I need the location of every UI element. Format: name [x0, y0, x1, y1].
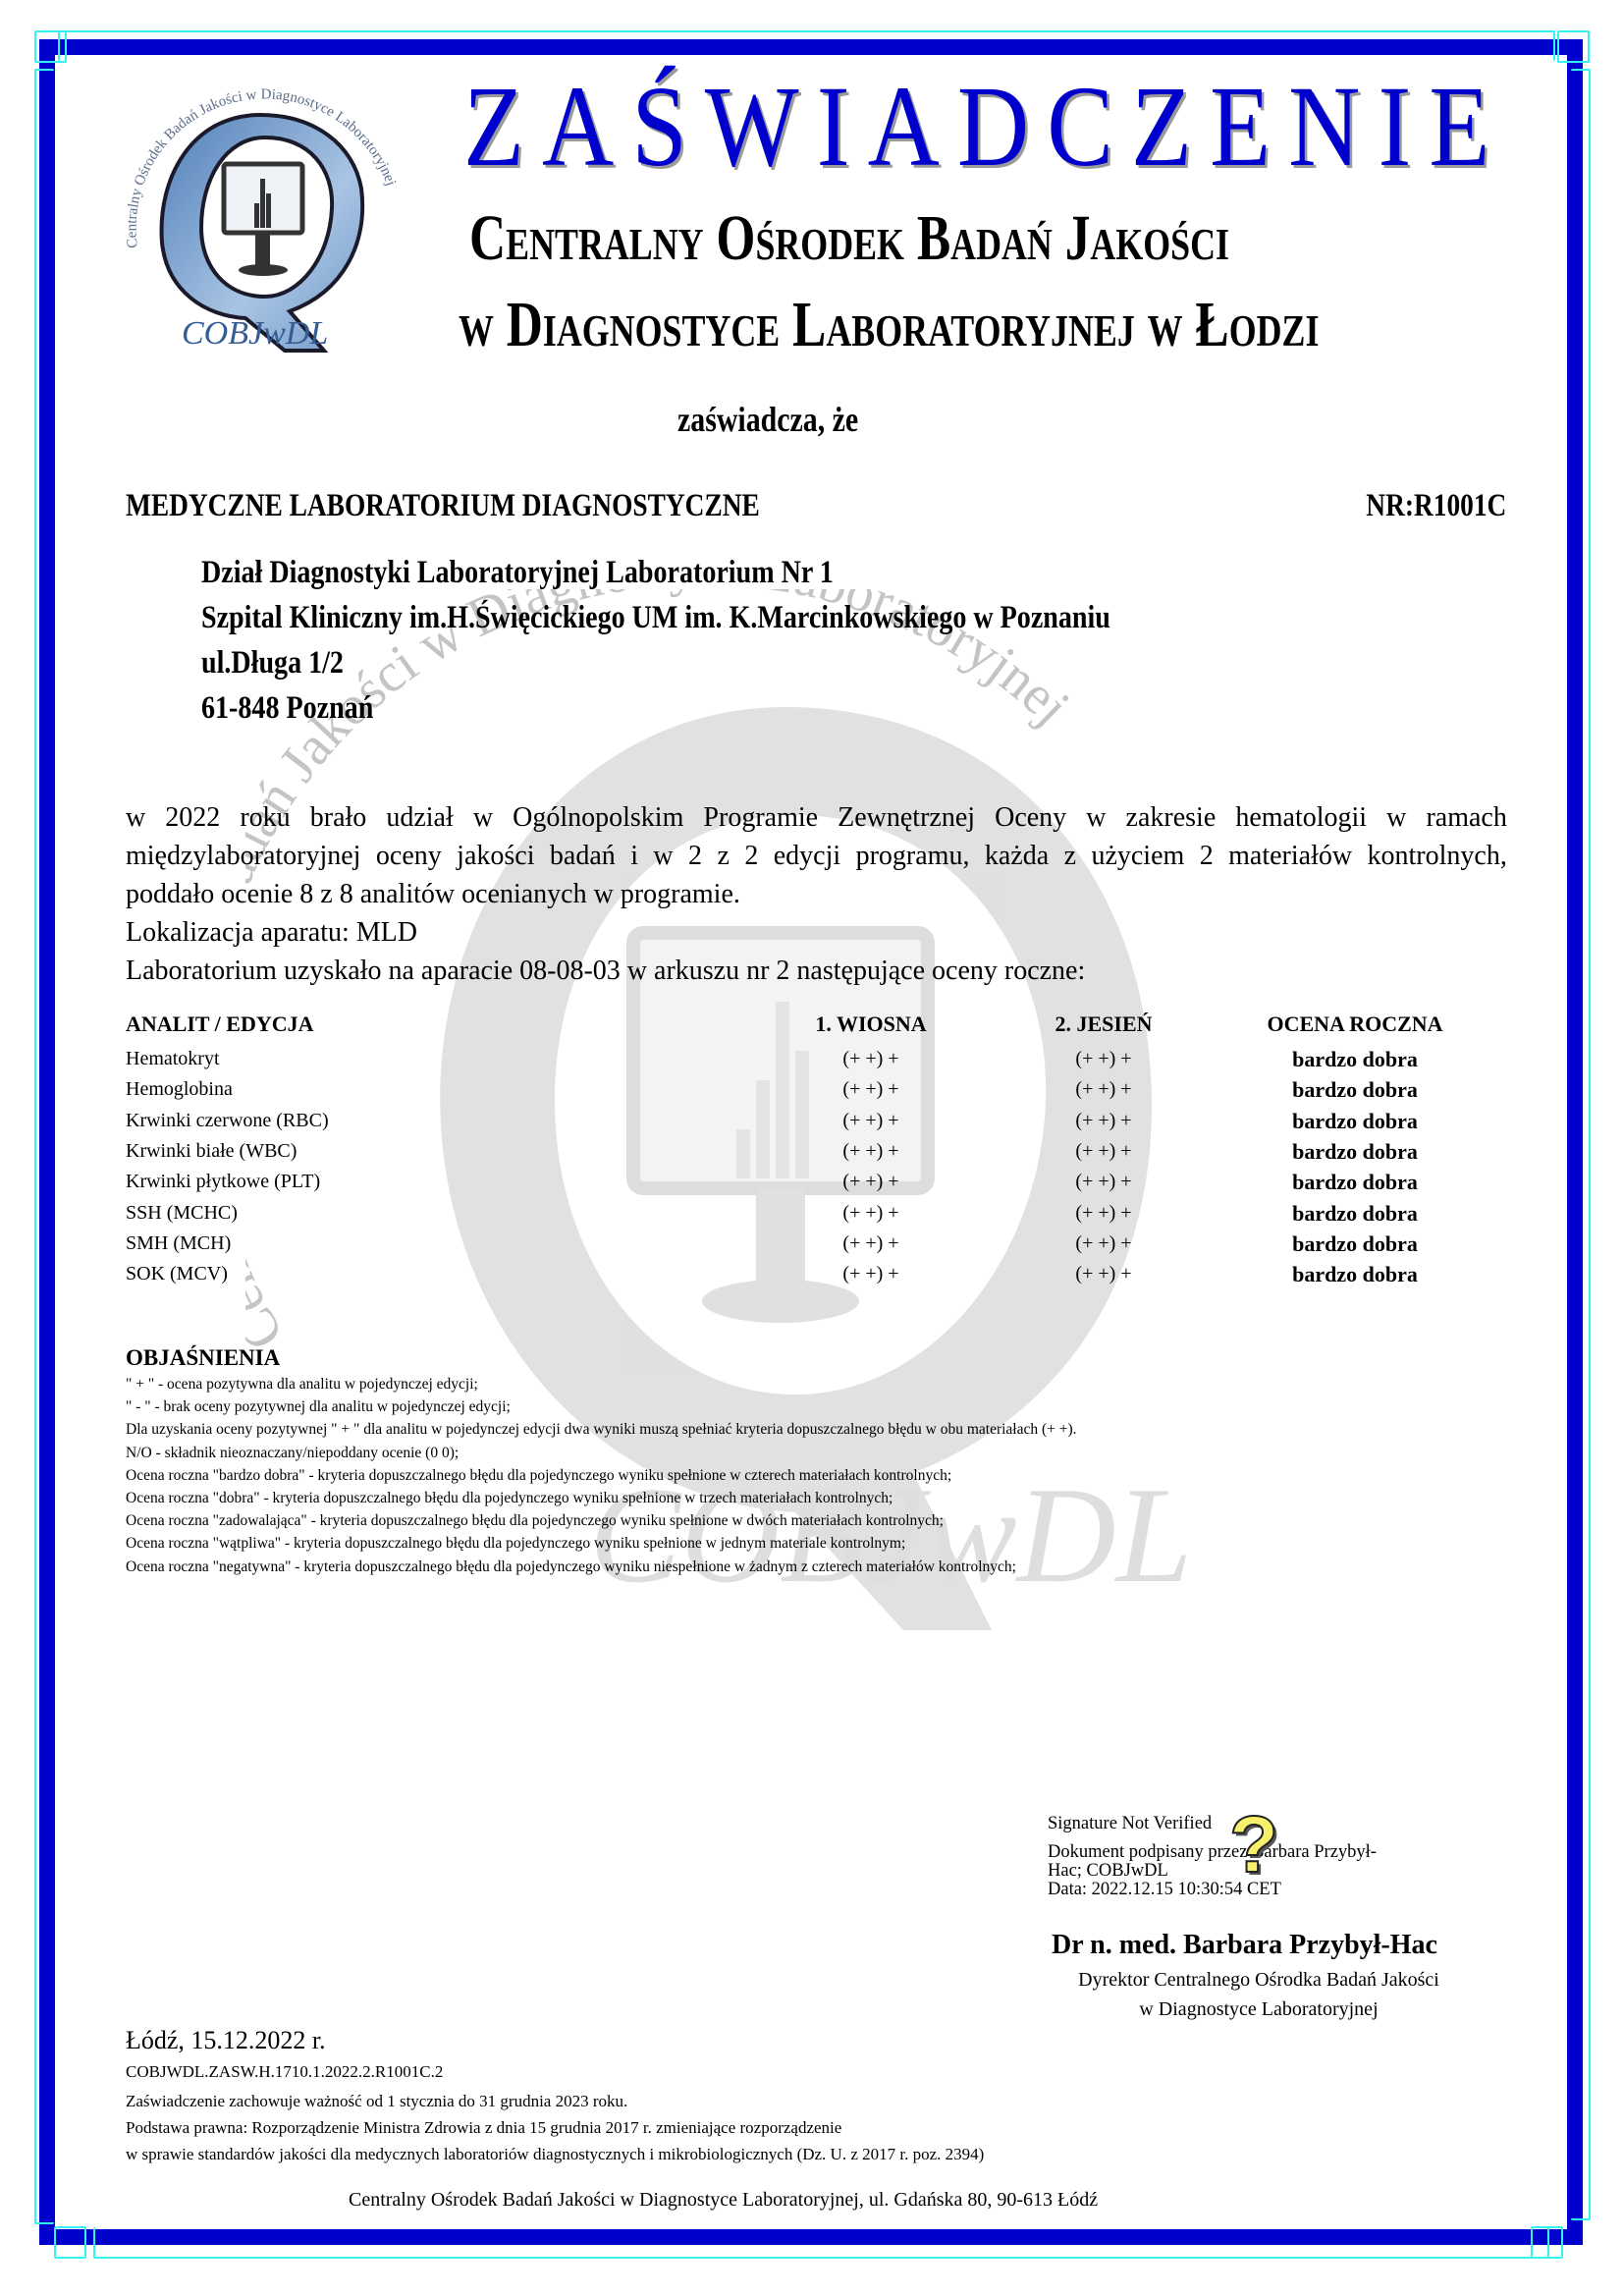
col-header-spring: 1. WIOSNA — [815, 1011, 926, 1037]
body-line: Lokalizacja aparatu: MLD — [126, 917, 1507, 949]
spring-score-cell: (+ +) + — [842, 1202, 898, 1225]
body-word: w — [653, 841, 673, 872]
question-mark-icon[interactable]: ? — [1229, 1805, 1278, 1886]
legend-line: " + " - ocena pozytywna dla analitu w po… — [126, 1376, 478, 1394]
body-word: z — [1064, 841, 1076, 872]
issuer-name-line2: w Diagnostyce Laboratoryjnej w Łodzi — [459, 293, 1319, 357]
body-word: zakresie — [1126, 802, 1217, 834]
autumn-score-cell: (+ +) + — [1075, 1048, 1131, 1070]
page-frame-cyan-top — [58, 30, 1555, 61]
body-word: w — [1086, 802, 1106, 834]
laboratory-number: NR:R1001C — [1366, 488, 1506, 524]
spring-score-cell: (+ +) + — [842, 1048, 898, 1070]
place-and-date: Łódź, 15.12.2022 r. — [126, 2026, 326, 2055]
annual-grade-cell: bardzo dobra — [1292, 1201, 1418, 1227]
legend-line: Ocena roczna "negatywna" - kryteria dopu… — [126, 1558, 1016, 1576]
annual-grade-cell: bardzo dobra — [1292, 1262, 1418, 1287]
legend-line: Ocena roczna "bardzo dobra" - kryteria d… — [126, 1467, 951, 1485]
body-word: użyciem — [1091, 841, 1184, 872]
body-line: Laboratorium uzyskało na aparacie 08-08-… — [126, 956, 1507, 987]
body-word: Zewnętrznej — [838, 802, 975, 834]
body-word: międzylaboratoryjnej — [126, 841, 360, 872]
lab-address-line: Szpital Kliniczny im.H.Święcickiego UM i… — [201, 600, 1110, 636]
analyte-cell: Krwinki białe (WBC) — [126, 1140, 297, 1163]
col-header-analyte: ANALIT / EDYCJA — [126, 1011, 314, 1037]
legend-line: N/O - składnik nieoznaczany/niepoddany o… — [126, 1445, 459, 1462]
body-word: w — [473, 802, 493, 834]
annual-grade-cell: bardzo dobra — [1292, 1231, 1418, 1257]
autumn-score-cell: (+ +) + — [1075, 1110, 1131, 1132]
cobjwdl-logo-icon: Centralny Ośrodek Badań Jakości w Diagno… — [98, 71, 422, 365]
body-word: jakości — [457, 841, 534, 872]
autumn-score-cell: (+ +) + — [1075, 1171, 1131, 1193]
body-word: w — [1386, 802, 1406, 834]
body-word: 2022 — [165, 802, 220, 834]
body-word: 2 — [1200, 841, 1214, 872]
page-frame-cyan-bottom — [93, 2227, 1549, 2259]
legend-line: Ocena roczna "zadowalająca" - kryteria d… — [126, 1512, 944, 1530]
body-line: w2022rokubrałoudziałwOgólnopolskimProgra… — [126, 802, 1507, 834]
autumn-score-cell: (+ +) + — [1075, 1140, 1131, 1163]
body-word: programu, — [856, 841, 970, 872]
svg-text:COBJwDL: COBJwDL — [182, 315, 328, 352]
autumn-score-cell: (+ +) + — [1075, 1263, 1131, 1285]
frame-corner-tr — [1557, 30, 1590, 63]
frame-corner-tl — [34, 30, 67, 63]
legal-basis-line1: Podstawa prawna: Rozporządzenie Ministra… — [126, 2118, 841, 2138]
body-word: edycji — [774, 841, 840, 872]
analyte-cell: SOK (MCV) — [126, 1263, 228, 1285]
annual-grade-cell: bardzo dobra — [1292, 1109, 1418, 1134]
legend-line: Dla uzyskania oceny pozytywnej " + " dla… — [126, 1421, 1077, 1439]
spring-score-cell: (+ +) + — [842, 1140, 898, 1163]
body-word: roku — [240, 802, 290, 834]
legend-title: OBJAŚNIENIA — [126, 1345, 280, 1371]
body-word: ramach — [1426, 802, 1506, 834]
spring-score-cell: (+ +) + — [842, 1263, 898, 1285]
lab-address-line: 61-848 Poznań — [201, 690, 373, 727]
reference-number: COBJWDL.ZASW.H.1710.1.2022.2.R1001C.2 — [126, 2062, 443, 2082]
legend-line: Ocena roczna "wątpliwa" - kryteria dopus… — [126, 1535, 905, 1553]
body-word: Oceny — [995, 802, 1066, 834]
body-word: 2 — [744, 841, 758, 872]
certifies-heading: zaświadcza, że — [677, 399, 858, 440]
signer-role-line2: w Diagnostyce Laboratoryjnej — [1139, 1998, 1378, 2021]
body-line: poddało ocenie 8 z 8 analitów ocenianych… — [126, 879, 1507, 910]
body-word: brało — [310, 802, 367, 834]
body-line: międzylaboratoryjnejocenyjakościbadańiw2… — [126, 841, 1507, 872]
legal-basis-line2: w sprawie standardów jakości dla medyczn… — [126, 2145, 984, 2164]
col-header-autumn: 2. JESIEŃ — [1055, 1011, 1152, 1037]
analyte-cell: SSH (MCHC) — [126, 1202, 238, 1225]
body-word: 2 — [688, 841, 702, 872]
autumn-score-cell: (+ +) + — [1075, 1078, 1131, 1101]
body-word: Programie — [703, 802, 818, 834]
body-word: badań — [550, 841, 616, 872]
lab-address-line: Dział Diagnostyki Laboratoryjnej Laborat… — [201, 555, 834, 591]
analyte-cell: Krwinki płytkowe (PLT) — [126, 1171, 320, 1193]
autumn-score-cell: (+ +) + — [1075, 1202, 1131, 1225]
legend-line: Ocena roczna "dobra" - kryteria dopuszcz… — [126, 1490, 893, 1507]
spring-score-cell: (+ +) + — [842, 1232, 898, 1255]
laboratory-name: MEDYCZNE LABORATORIUM DIAGNOSTYCZNE — [126, 488, 760, 524]
spring-score-cell: (+ +) + — [842, 1110, 898, 1132]
signer-role-line1: Dyrektor Centralnego Ośrodka Badań Jakoś… — [1078, 1969, 1439, 1992]
frame-corner-br — [1531, 2226, 1563, 2259]
col-header-annual: OCENA ROCZNA — [1267, 1011, 1442, 1037]
signature-status: Signature Not Verified — [1048, 1815, 1212, 1833]
frame-corner-bl — [54, 2226, 86, 2259]
body-word: materiałów — [1228, 841, 1352, 872]
page-frame-cyan-right — [1571, 69, 1591, 2220]
autumn-score-cell: (+ +) + — [1075, 1232, 1131, 1255]
annual-grade-cell: bardzo dobra — [1292, 1139, 1418, 1165]
analyte-cell: Hematokryt — [126, 1048, 220, 1070]
body-word: hematologii — [1235, 802, 1367, 834]
signer-name: Dr n. med. Barbara Przybył-Hac — [1052, 1930, 1437, 1961]
body-word: kontrolnych, — [1368, 841, 1507, 872]
body-word: udział — [386, 802, 453, 834]
page-frame-cyan-left — [34, 69, 54, 2224]
annual-grade-cell: bardzo dobra — [1292, 1170, 1418, 1195]
body-word: każda — [985, 841, 1049, 872]
analyte-cell: Krwinki czerwone (RBC) — [126, 1110, 329, 1132]
spring-score-cell: (+ +) + — [842, 1171, 898, 1193]
signature-signed-by-cont: Hac; COBJwDL — [1048, 1862, 1168, 1881]
body-word: Ogólnopolskim — [513, 802, 683, 834]
annual-grade-cell: bardzo dobra — [1292, 1047, 1418, 1072]
annual-grade-cell: bardzo dobra — [1292, 1077, 1418, 1103]
legend-line: " - " - brak oceny pozytywnej dla analit… — [126, 1398, 511, 1416]
validity-statement: Zaświadczenie zachowuje ważność od 1 sty… — [126, 2092, 627, 2111]
spring-score-cell: (+ +) + — [842, 1078, 898, 1101]
body-word: i — [630, 841, 638, 872]
issuer-address: Centralny Ośrodek Badań Jakości w Diagno… — [349, 2189, 1098, 2212]
analyte-cell: SMH (MCH) — [126, 1232, 231, 1255]
issuer-name-line1: Centralny Ośrodek Badań Jakości — [469, 206, 1229, 271]
lab-address-line: ul.Długa 1/2 — [201, 645, 344, 682]
signature-signed-by: Dokument podpisany przez Barbara Przybył… — [1048, 1843, 1377, 1862]
body-word: z — [717, 841, 729, 872]
certificate-title: ZAŚWIADCZENIE — [463, 69, 1507, 185]
body-word: w — [126, 802, 145, 834]
analyte-cell: Hemoglobina — [126, 1078, 233, 1101]
body-word: oceny — [376, 841, 442, 872]
